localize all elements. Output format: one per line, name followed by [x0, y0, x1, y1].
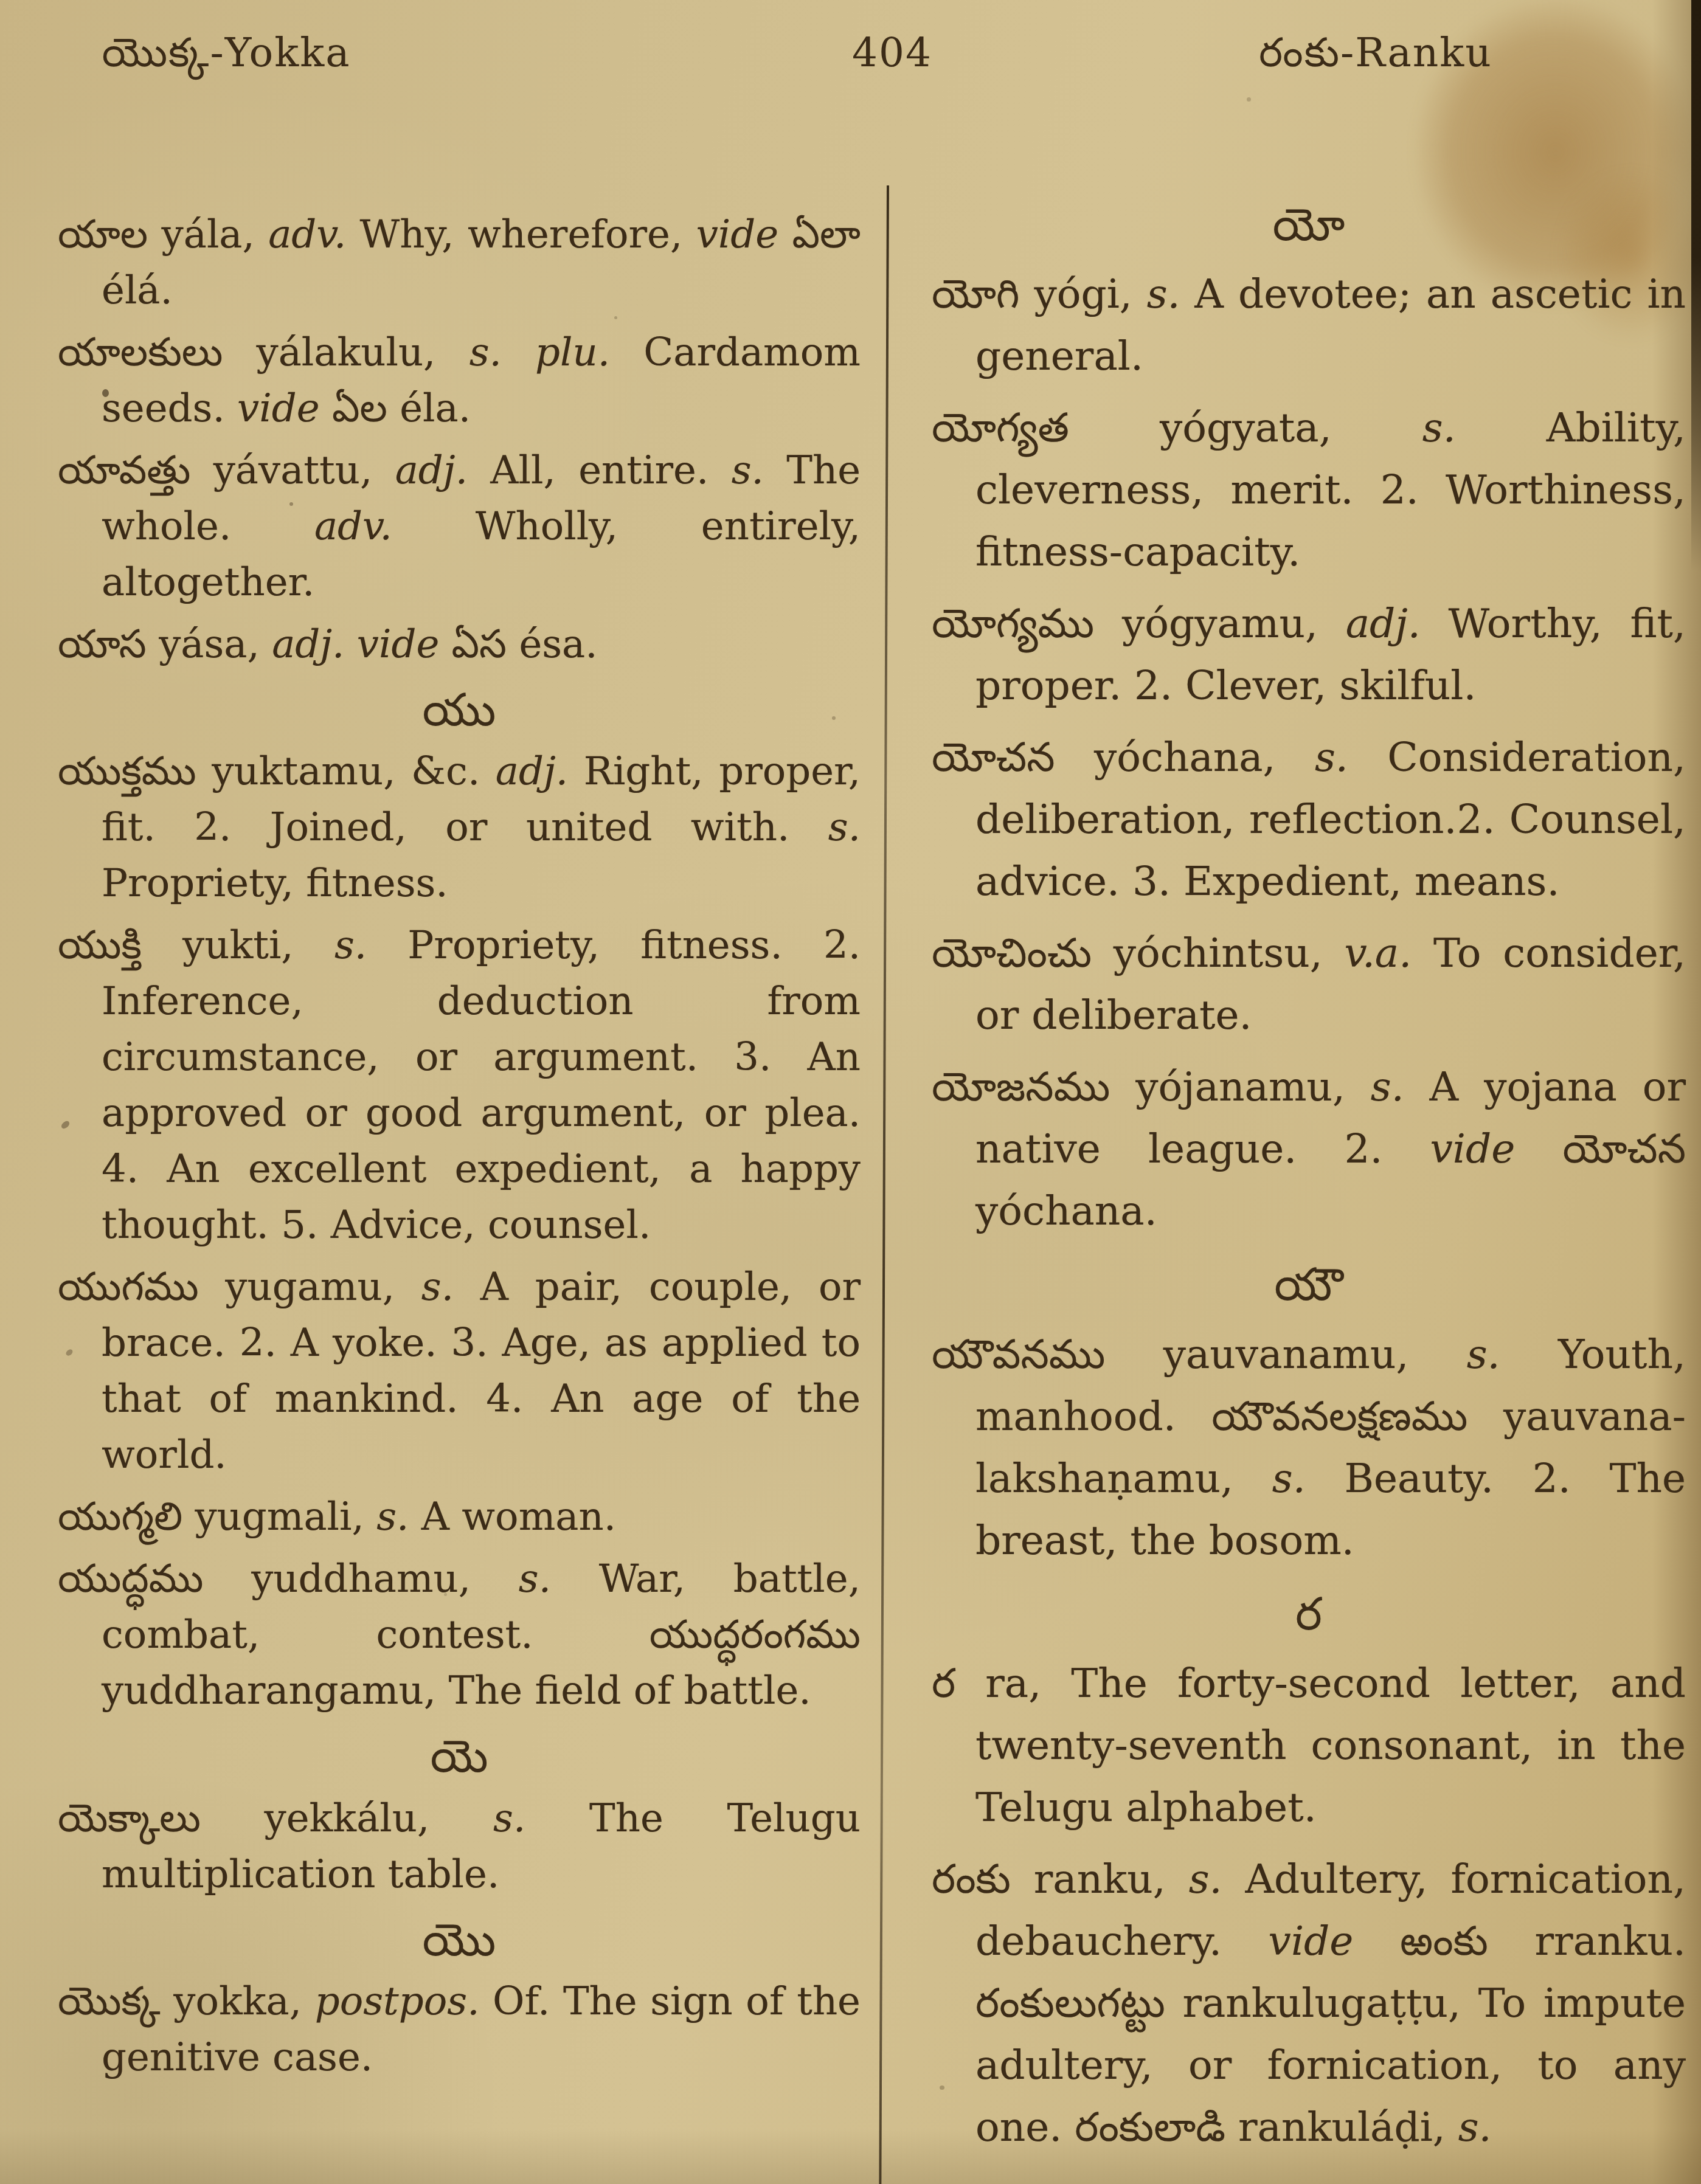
section-head-yau: యౌ: [932, 1260, 1686, 1310]
ink-speck: [1247, 97, 1251, 102]
dictionary-entry-ra-letter: ర ra, The forty-second letter, and twent…: [932, 1653, 1686, 1839]
left-column: యాల yála, adv. Why, wherefore, vide ఏలా …: [58, 201, 861, 2092]
scanned-page: యొక్క-Yokka 404 రంకు-Ranku యాల yála, adv…: [0, 0, 1701, 2184]
dictionary-entry-yekkalu: యెక్కాలు yekkálu, s. The Telugu multipli…: [58, 1791, 861, 1902]
dictionary-entry-yugamu: యుగము yugamu, s. A pair, couple, or brac…: [58, 1259, 861, 1483]
section-head-ra: ర: [932, 1590, 1686, 1639]
dictionary-entry-yukti: యుక్తి yukti, s. Propriety, fitness. 2. …: [58, 917, 861, 1253]
dictionary-entry-yokka: యొక్క yokka, postpos. Of. The sign of th…: [58, 1974, 861, 2086]
dictionary-entry-yuktamu: యుక్తము yuktamu, &c. adj. Right, proper,…: [58, 744, 861, 911]
dictionary-entry-yauvanamu: యౌవనము yauvanamu, s. Youth, manhood. యౌవ…: [932, 1324, 1686, 1572]
dictionary-entry-ranku: రంకు ranku, s. Adultery, fornication, de…: [932, 1848, 1686, 2158]
section-head-ye: యె: [58, 1732, 861, 1781]
column-divider-rule: [879, 185, 889, 2184]
dictionary-entry-yasa: యాస yása, adj. vide ఏస ésa.: [58, 617, 861, 672]
dictionary-entry-yochintsu: యోచించు yóchintsu, v.a. To consider, or …: [932, 922, 1686, 1046]
dictionary-entry-yala: యాల yála, adv. Why, wherefore, vide ఏలా …: [58, 207, 861, 319]
dictionary-entry-yojanamu: యోజనము yójanamu, s. A yojana or native l…: [932, 1056, 1686, 1242]
right-column: యో యోగి yógi, s. A devotee; an ascetic i…: [932, 182, 1686, 2168]
section-head-yo-long: యో: [932, 201, 1686, 250]
dictionary-entry-yavattu: యావత్తు yávattu, adj. All, entire. s. Th…: [58, 443, 861, 610]
running-head-right: రంకు-Ranku: [1259, 29, 1492, 86]
page-number: 404: [852, 29, 932, 76]
dictionary-entry-yugmali: యుగ్మలి yugmali, s. A woman.: [58, 1489, 861, 1545]
dictionary-entry-yogi: యోగి yógi, s. A devotee; an ascetic in g…: [932, 263, 1686, 387]
dictionary-entry-yogyata: యోగ్యత yógyata, s. Ability, cleverness, …: [932, 397, 1686, 583]
dictionary-entry-yogyamu: యోగ్యము yógyamu, adj. Worthy, fit, prope…: [932, 593, 1686, 717]
section-head-yo-short: యొ: [58, 1916, 861, 1965]
running-head-left: యొక్క-Yokka: [102, 29, 350, 86]
section-head-yu: యు: [58, 686, 861, 735]
book-edge-dark-strip: [1691, 0, 1701, 572]
dictionary-entry-yuddhamu: యుద్ధము yuddhamu, s. War, battle, combat…: [58, 1551, 861, 1719]
dictionary-entry-yochana: యోచన yóchana, s. Consideration, delibera…: [932, 727, 1686, 913]
dictionary-entry-yalakulu: యాలకులు yálakulu, s. plu. Cardamom seeds…: [58, 325, 861, 437]
